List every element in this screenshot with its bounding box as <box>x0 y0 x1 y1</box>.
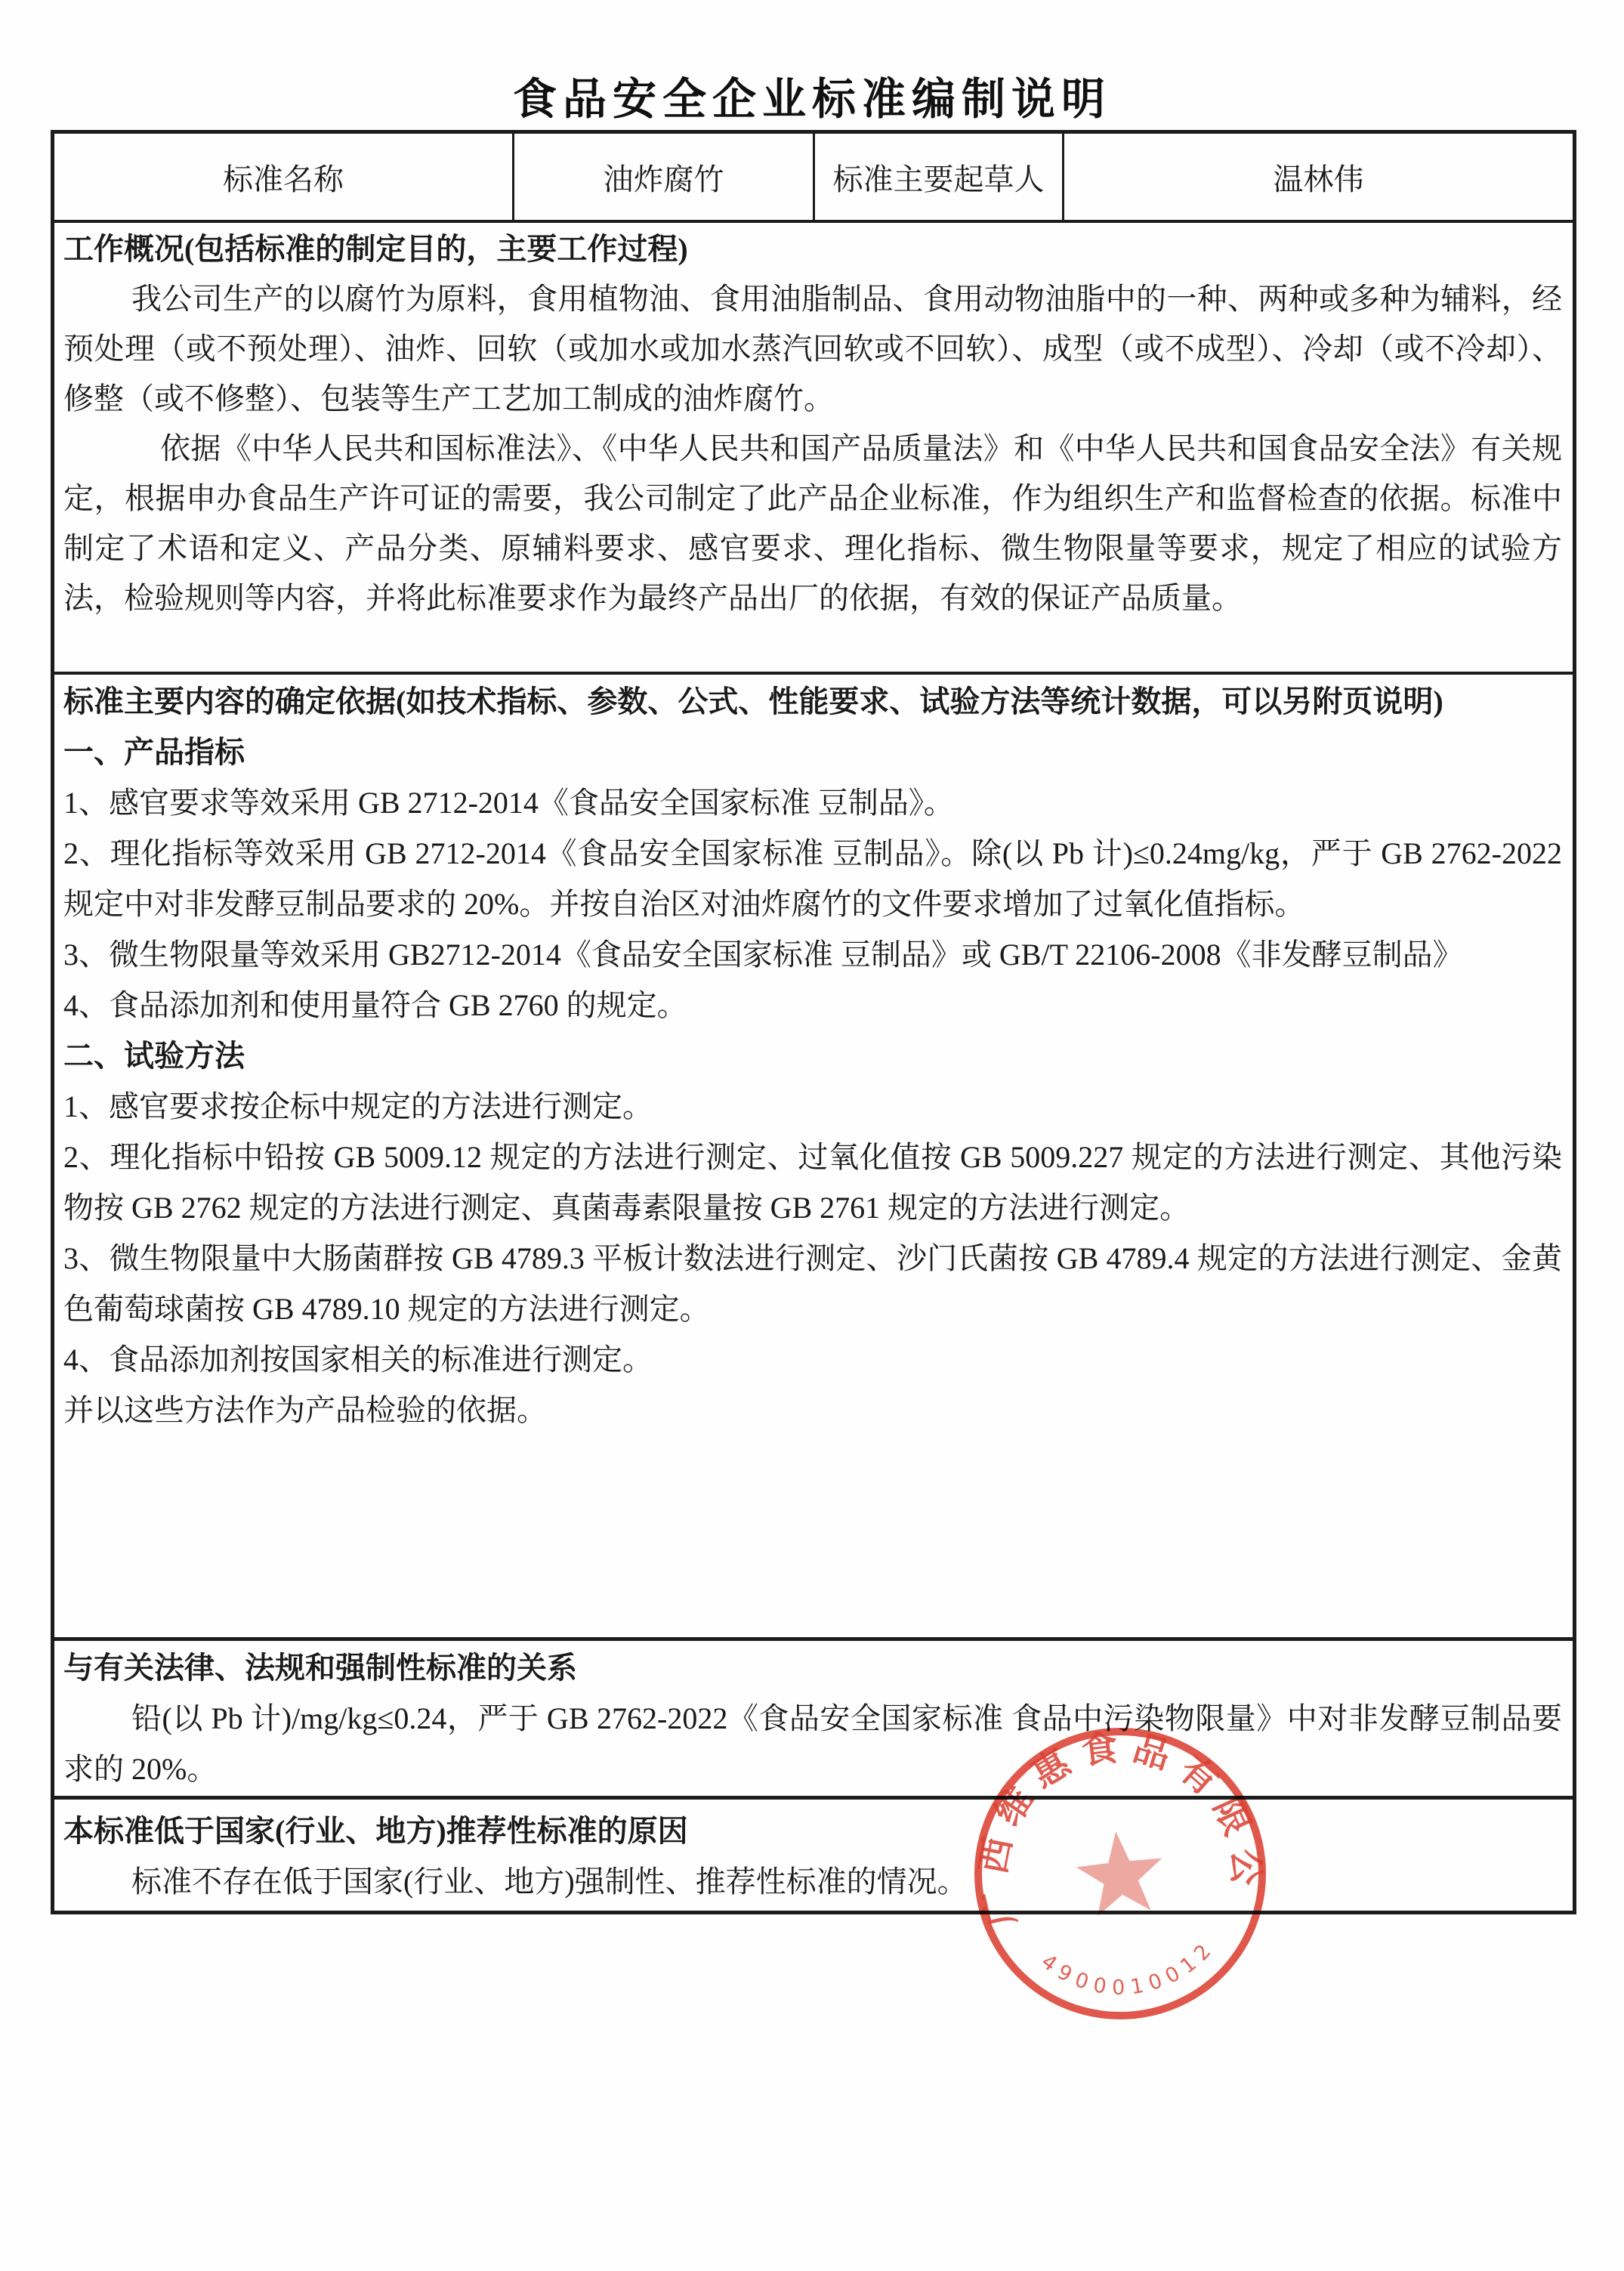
section-work-overview: 工作概况(包括标准的制定目的，主要工作过程) 我公司生产的以腐竹为原料，食用植物… <box>54 223 1573 675</box>
basis-heading: 标准主要内容的确定依据(如技术指标、参数、公式、性能要求、试验方法等统计数据，可… <box>63 676 1562 727</box>
basis-subheading-method: 二、试验方法 <box>63 1030 1562 1081</box>
basis-method-item: 2、理化指标中铅按 GB 5009.12 规定的方法进行测定、过氧化值按 GB … <box>63 1132 1562 1233</box>
work-overview-heading: 工作概况(包括标准的制定目的，主要工作过程) <box>63 224 1562 274</box>
standard-form-table: 标准名称 油炸腐竹 标准主要起草人 温林伟 工作概况(包括标准的制定目的，主要工… <box>51 130 1576 1914</box>
section-content-basis: 标准主要内容的确定依据(如技术指标、参数、公式、性能要求、试验方法等统计数据，可… <box>54 675 1573 1641</box>
law-relation-heading: 与有关法律、法规和强制性标准的关系 <box>63 1642 1562 1693</box>
standard-name-value: 油炸腐竹 <box>514 134 815 220</box>
scanned-document-page: 食品安全企业标准编制说明 标准名称 油炸腐竹 标准主要起草人 温林伟 工作概况(… <box>0 0 1624 2271</box>
info-row: 标准名称 油炸腐竹 标准主要起草人 温林伟 <box>54 134 1573 223</box>
law-relation-body: 铅(以 Pb 计)/mg/kg≤0.24，严于 GB 2762-2022《食品安… <box>63 1693 1562 1794</box>
lower-reason-heading: 本标准低于国家(行业、地方)推荐性标准的原因 <box>63 1806 1562 1856</box>
section-lower-than-standard-reason: 本标准低于国家(行业、地方)推荐性标准的原因 标准不存在低于国家(行业、地方)强… <box>54 1800 1573 1910</box>
standard-name-label: 标准名称 <box>54 134 514 220</box>
section-law-relation: 与有关法律、法规和强制性标准的关系 铅(以 Pb 计)/mg/kg≤0.24，严… <box>54 1641 1573 1800</box>
work-overview-paragraph-1: 我公司生产的以腐竹为原料，食用植物油、食用油脂制品、食用动物油脂中的一种、两种或… <box>63 274 1562 424</box>
basis-method-item: 4、食品添加剂按国家相关的标准进行测定。 <box>63 1334 1562 1385</box>
basis-subheading-product: 一、产品指标 <box>63 727 1562 777</box>
drafter-label: 标准主要起草人 <box>815 134 1064 220</box>
basis-product-item: 2、理化指标等效采用 GB 2712-2014《食品安全国家标准 豆制品》。除(… <box>63 828 1562 929</box>
work-overview-paragraph-2: 依据《中华人民共和国标准法》、《中华人民共和国产品质量法》和《中华人民共和国食品… <box>63 424 1562 623</box>
basis-method-item: 1、感官要求按企标中规定的方法进行测定。 <box>63 1081 1562 1132</box>
basis-product-item: 4、食品添加剂和使用量符合 GB 2760 的规定。 <box>63 980 1562 1030</box>
basis-footer-note: 并以这些方法作为产品检验的依据。 <box>63 1385 1562 1435</box>
basis-product-item: 1、感官要求等效采用 GB 2712-2014《食品安全国家标准 豆制品》。 <box>63 777 1562 828</box>
page-title: 食品安全企业标准编制说明 <box>0 63 1624 127</box>
drafter-value: 温林伟 <box>1064 134 1573 220</box>
basis-method-item: 3、微生物限量中大肠菌群按 GB 4789.3 平板计数法进行测定、沙门氏菌按 … <box>63 1233 1562 1334</box>
lower-reason-body: 标准不存在低于国家(行业、地方)强制性、推荐性标准的情况。 <box>63 1856 1562 1907</box>
basis-product-item: 3、微生物限量等效采用 GB2712-2014《食品安全国家标准 豆制品》或 G… <box>63 929 1562 980</box>
